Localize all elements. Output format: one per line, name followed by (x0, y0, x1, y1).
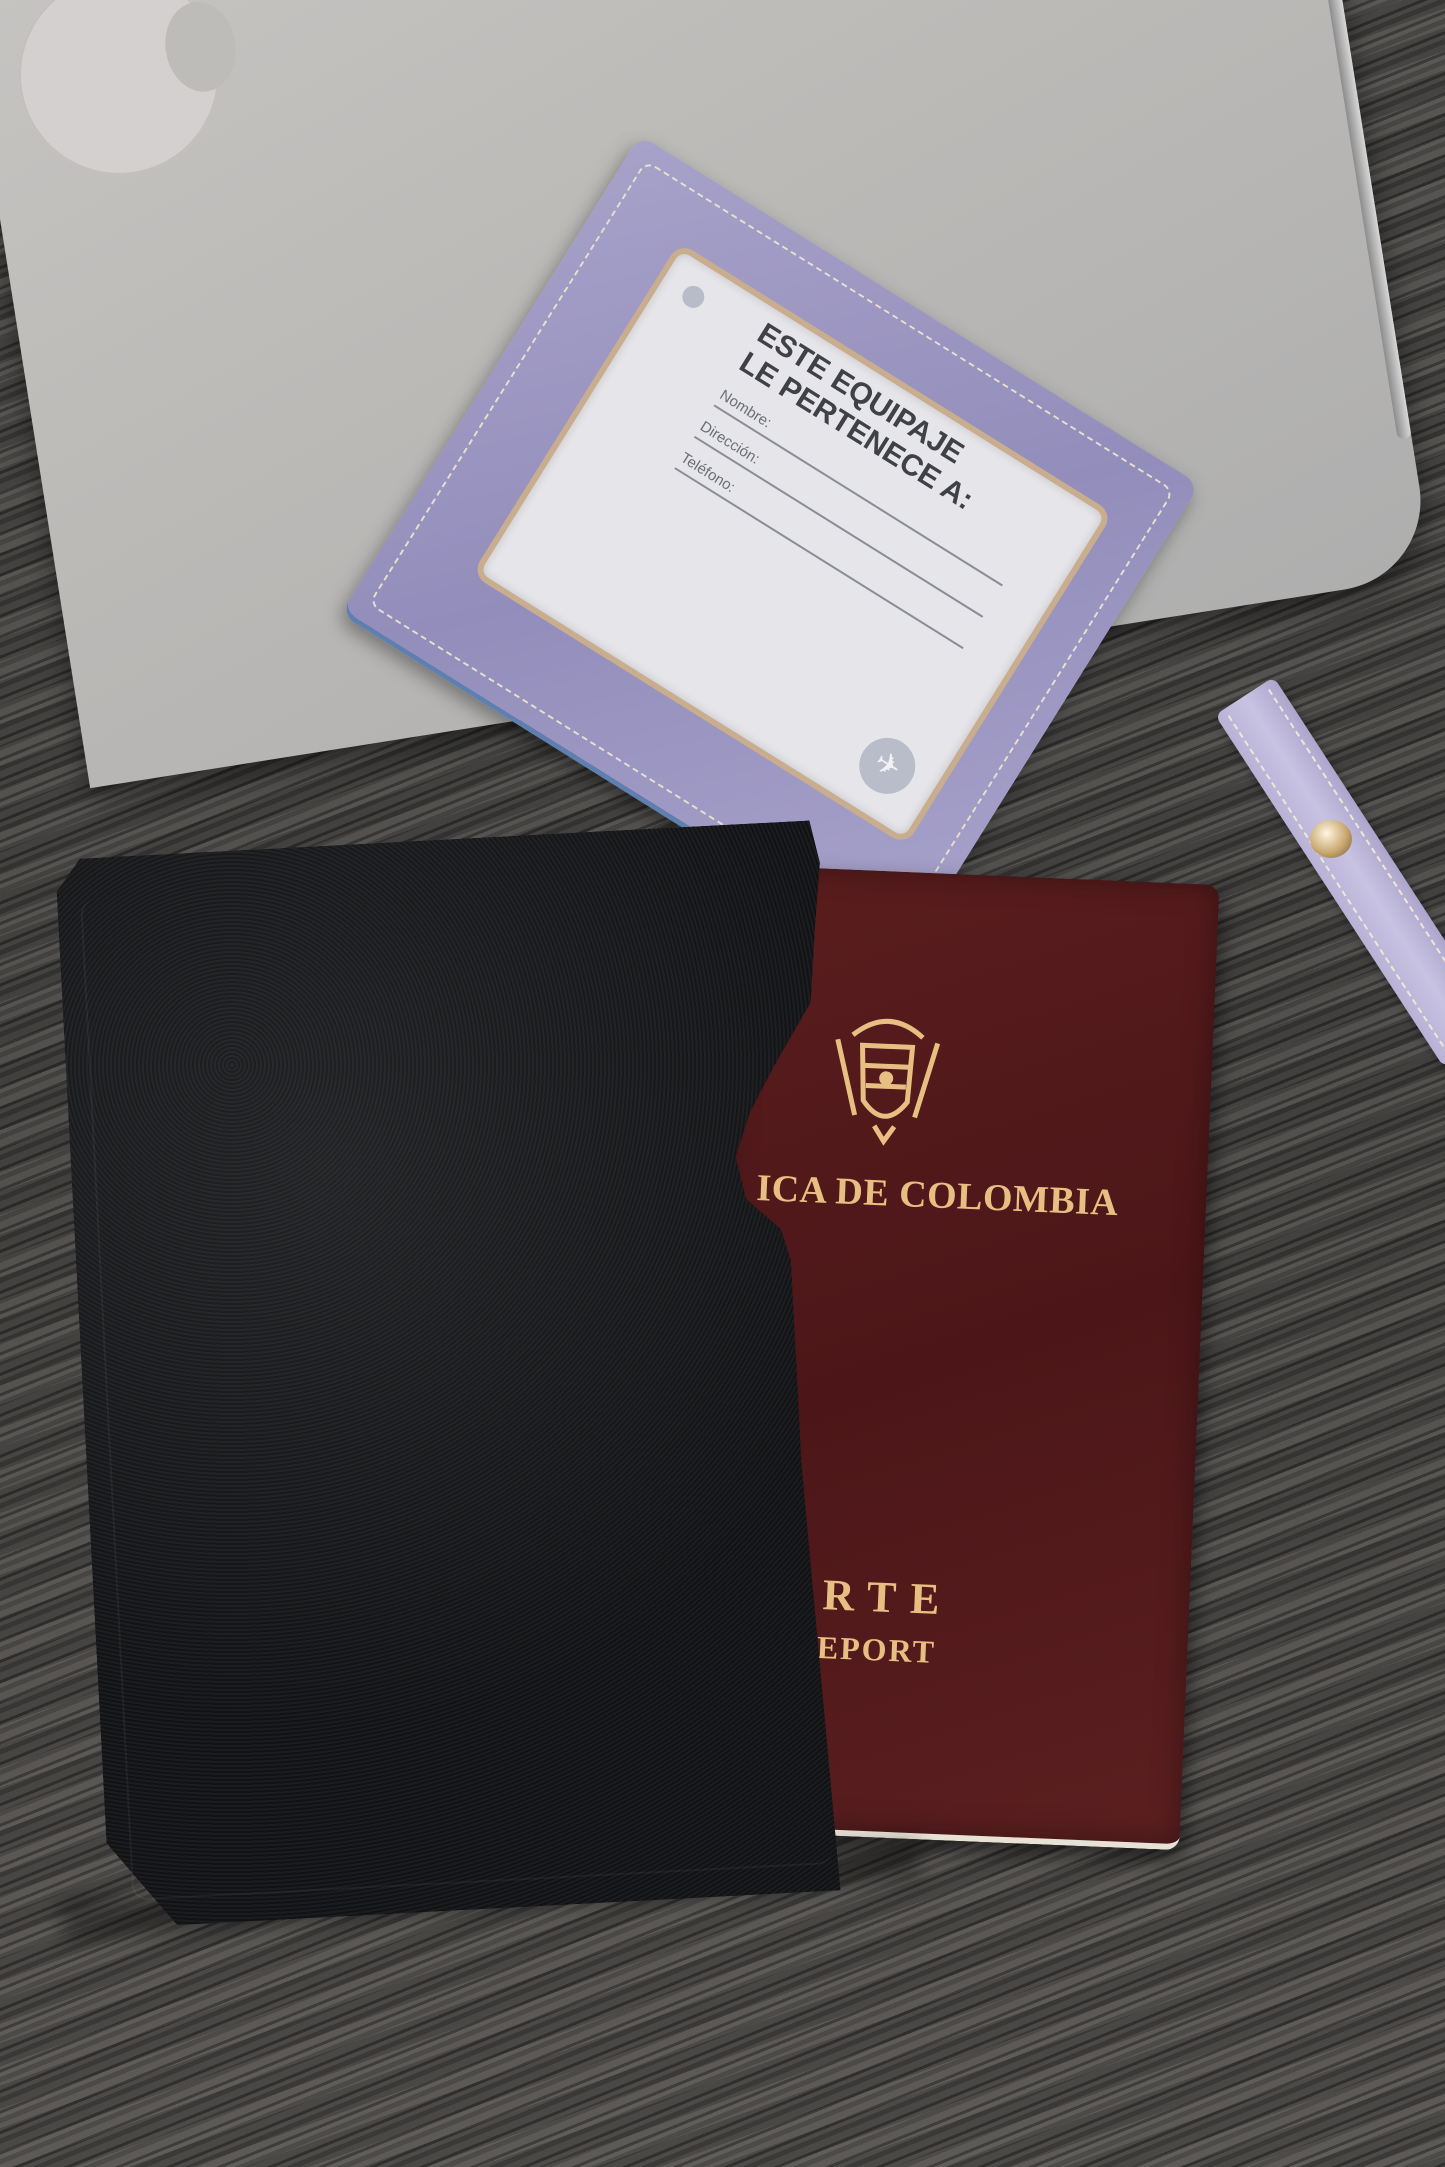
airplane-icon: ✈ (849, 727, 926, 804)
coat-of-arms-icon (813, 1003, 959, 1149)
rivet-icon (1310, 820, 1352, 858)
apple-logo-icon (5, 0, 234, 189)
passport-country-text: ICA DE COLOMBIA (756, 1166, 1120, 1225)
dot-icon (678, 282, 708, 312)
photo-scene: ESTE EQUIPAJE LE PERTENECE A: Nombre: Di… (0, 0, 1445, 2167)
